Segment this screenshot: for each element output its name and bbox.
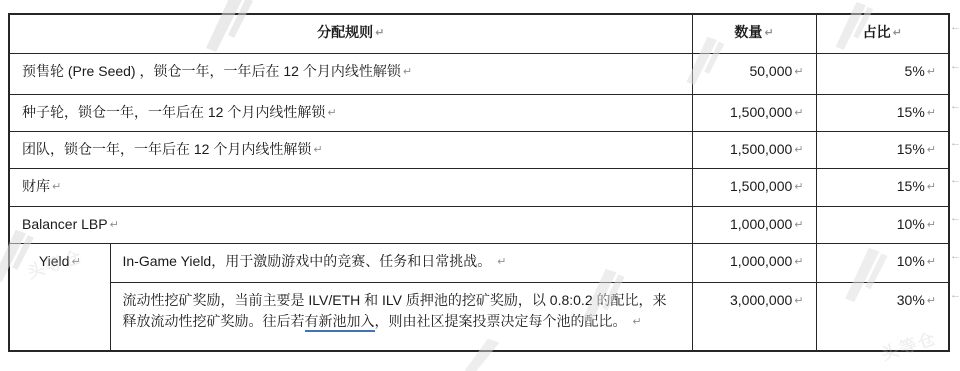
ratio-value: 5%: [905, 63, 925, 79]
amount-cell: 1,500,000↵: [692, 94, 816, 131]
ratio-cell: 15%↵: [816, 168, 949, 206]
rule-text: 预售轮 (Pre Seed) ，锁仓一年，一年后在 12 个月内线性解锁: [22, 63, 401, 79]
ratio-cell: 15%↵: [816, 94, 949, 131]
ratio-value: 10%: [897, 253, 925, 269]
row-end-mark: ←: [950, 213, 960, 224]
header-cell-amount: 数量↵: [692, 14, 816, 53]
cell-end-mark: ↵: [794, 107, 803, 119]
header-cell-ratio: 占比↵: [816, 14, 949, 53]
cell-end-mark: ↵: [375, 27, 384, 39]
rule-text: Balancer LBP: [22, 216, 108, 232]
amount-cell: 1,000,000↵: [692, 243, 816, 282]
rule-text: 财库: [22, 178, 50, 194]
cell-end-mark: ↵: [927, 181, 936, 193]
ratio-value: 15%: [897, 141, 925, 157]
row-end-mark: ←: [950, 290, 960, 301]
amount-value: 1,500,000: [730, 141, 792, 157]
amount-value: 1,000,000: [730, 253, 792, 269]
cell-end-mark: ↵: [794, 144, 803, 156]
rule-cell: 流动性挖矿奖励，当前主要是 ILV/ETH 和 ILV 质押池的挖矿奖励，以 0…: [110, 282, 692, 351]
ratio-value: 15%: [897, 104, 925, 120]
rule-text: ，则由社区提案投票决定每个池的配比。: [375, 313, 627, 329]
rule-text: 团队，锁仓一年，一年后在 12 个月内线性解锁: [22, 141, 311, 157]
cell-end-mark: ↵: [764, 27, 773, 39]
table-row: 财库↵ 1,500,000↵ 15%↵: [9, 168, 949, 206]
cell-end-mark: ↵: [794, 181, 803, 193]
cell-end-mark: ↵: [927, 219, 936, 231]
cell-end-mark: ↵: [327, 107, 336, 119]
rule-cell: Balancer LBP↵: [9, 206, 692, 243]
cell-end-mark: ↵: [927, 256, 936, 268]
cell-end-mark: ↵: [794, 219, 803, 231]
ratio-cell: 5%↵: [816, 53, 949, 94]
rule-cell: 预售轮 (Pre Seed) ，锁仓一年，一年后在 12 个月内线性解锁↵: [9, 53, 692, 94]
new-pool-link[interactable]: 有新池加入: [305, 313, 375, 332]
table-row: Balancer LBP↵ 1,000,000↵ 10%↵: [9, 206, 949, 243]
amount-cell: 1,500,000↵: [692, 131, 816, 168]
ratio-cell: 30%↵: [816, 282, 949, 351]
rule-cell: 财库↵: [9, 168, 692, 206]
row-end-mark: ←: [950, 175, 960, 186]
cell-end-mark: ↵: [71, 256, 80, 268]
cell-end-mark: ↵: [403, 66, 412, 78]
amount-value: 50,000: [749, 63, 792, 79]
amount-cell: 1,500,000↵: [692, 168, 816, 206]
table-row: Yield↵ In-Game Yield，用于激励游戏中的竞赛、任务和日常挑战。…: [9, 243, 949, 282]
table-row: 团队，锁仓一年，一年后在 12 个月内线性解锁↵ 1,500,000↵ 15%↵: [9, 131, 949, 168]
ratio-value: 10%: [897, 216, 925, 232]
table-header-row: 分配规则↵ 数量↵ 占比↵: [9, 14, 949, 53]
table-row: 种子轮，锁仓一年，一年后在 12 个月内线性解锁↵ 1,500,000↵ 15%…: [9, 94, 949, 131]
row-end-mark: ←: [950, 101, 960, 112]
yield-group-cell: Yield↵: [9, 243, 110, 351]
cell-end-mark: ↵: [794, 66, 803, 78]
table-row: 预售轮 (Pre Seed) ，锁仓一年，一年后在 12 个月内线性解锁↵ 50…: [9, 53, 949, 94]
ratio-cell: 10%↵: [816, 206, 949, 243]
row-end-mark: ←: [950, 138, 960, 149]
cell-end-mark: ↵: [632, 316, 641, 328]
header-rule-label: 分配规则: [317, 24, 373, 40]
ratio-cell: 10%↵: [816, 243, 949, 282]
amount-cell: 50,000↵: [692, 53, 816, 94]
cell-end-mark: ↵: [794, 256, 803, 268]
cell-end-mark: ↵: [927, 66, 936, 78]
amount-value: 1,000,000: [730, 216, 792, 232]
cell-end-mark: ↵: [497, 256, 506, 268]
document-page: 分配规则↵ 数量↵ 占比↵ 预售轮 (Pre Seed) ，锁仓一年，一年后在 …: [0, 0, 960, 371]
row-end-mark: ←: [950, 61, 960, 72]
rule-cell: In-Game Yield，用于激励游戏中的竞赛、任务和日常挑战。 ↵: [110, 243, 692, 282]
cell-end-mark: ↵: [313, 144, 322, 156]
header-ratio-label: 占比: [863, 24, 891, 40]
row-end-mark: ←: [950, 22, 960, 33]
amount-cell: 3,000,000↵: [692, 282, 816, 351]
ratio-cell: 15%↵: [816, 131, 949, 168]
amount-value: 1,500,000: [730, 104, 792, 120]
table-row: 流动性挖矿奖励，当前主要是 ILV/ETH 和 ILV 质押池的挖矿奖励，以 0…: [9, 282, 949, 351]
yield-group-label: Yield: [39, 253, 70, 269]
header-cell-rule: 分配规则↵: [9, 14, 692, 53]
rule-cell: 团队，锁仓一年，一年后在 12 个月内线性解锁↵: [9, 131, 692, 168]
amount-cell: 1,000,000↵: [692, 206, 816, 243]
cell-end-mark: ↵: [893, 27, 902, 39]
allocation-table: 分配规则↵ 数量↵ 占比↵ 预售轮 (Pre Seed) ，锁仓一年，一年后在 …: [8, 13, 950, 352]
cell-end-mark: ↵: [927, 144, 936, 156]
cell-end-mark: ↵: [110, 219, 119, 231]
rule-text: 种子轮，锁仓一年，一年后在 12 个月内线性解锁: [22, 104, 325, 120]
rule-cell: 种子轮，锁仓一年，一年后在 12 个月内线性解锁↵: [9, 94, 692, 131]
amount-value: 1,500,000: [730, 178, 792, 194]
cell-end-mark: ↵: [52, 181, 61, 193]
ratio-value: 15%: [897, 178, 925, 194]
ratio-value: 30%: [897, 292, 925, 308]
amount-value: 3,000,000: [730, 292, 792, 308]
cell-end-mark: ↵: [927, 107, 936, 119]
header-amount-label: 数量: [734, 24, 762, 40]
rule-text: In-Game Yield，用于激励游戏中的竞赛、任务和日常挑战。: [123, 253, 492, 269]
row-end-mark: ←: [950, 251, 960, 262]
cell-end-mark: ↵: [794, 295, 803, 307]
cell-end-mark: ↵: [927, 295, 936, 307]
